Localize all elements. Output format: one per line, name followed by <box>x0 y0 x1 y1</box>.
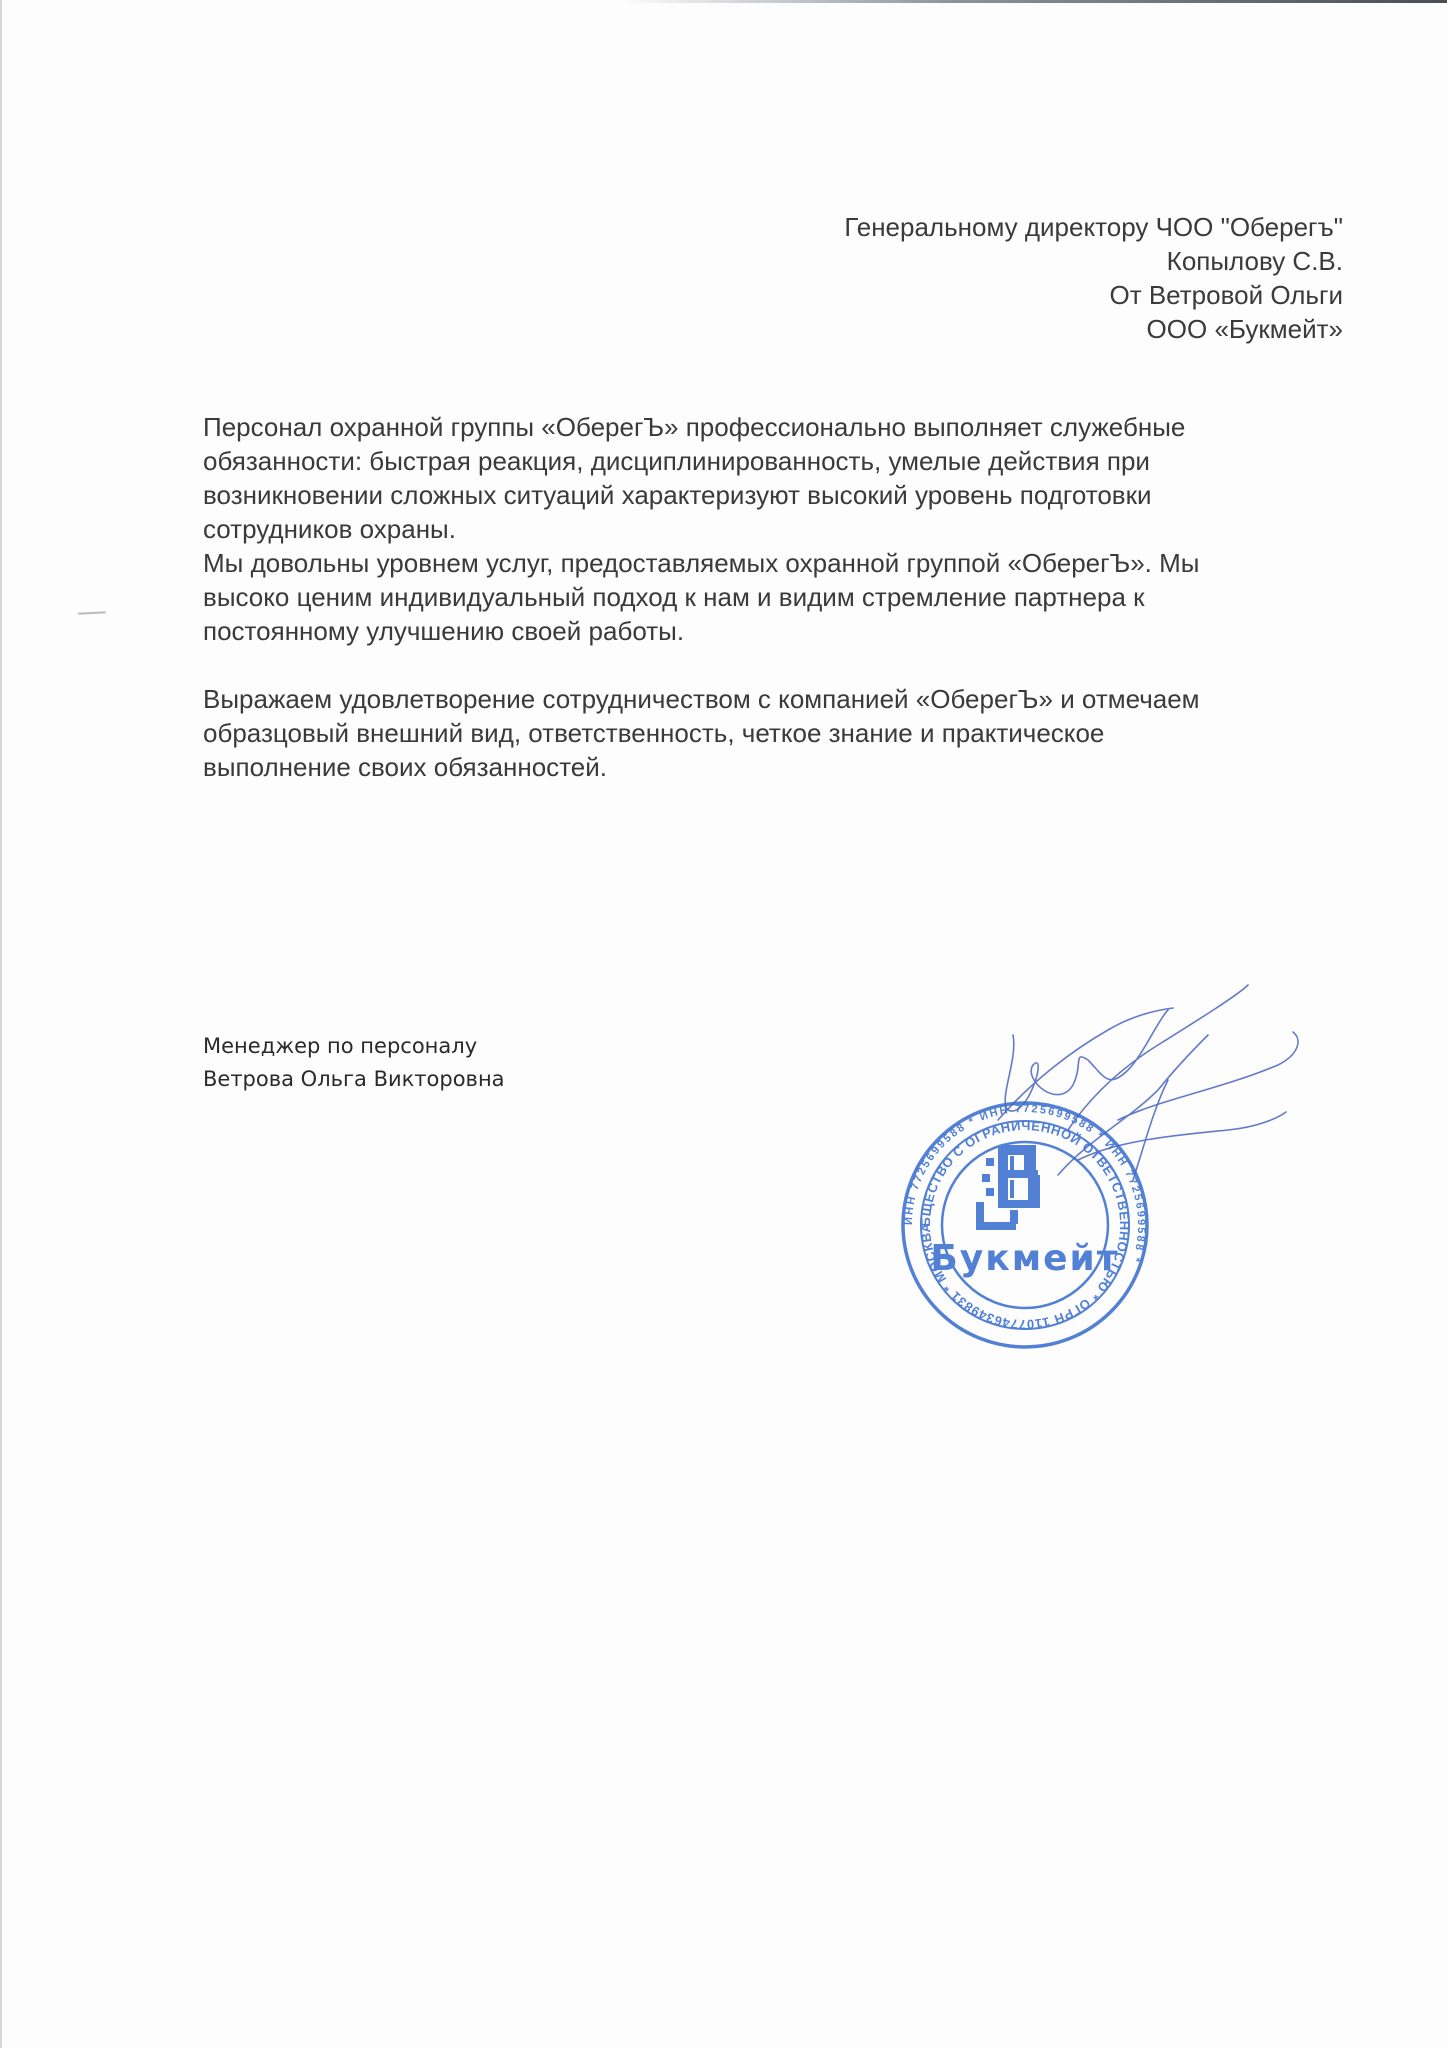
addressee-line: От Ветровой Ольги <box>844 278 1343 312</box>
signature-icon <box>998 985 1298 1180</box>
body-line: постоянному улучшению своей работы. <box>203 614 1353 648</box>
body-line: образцовый внешний вид, ответственность,… <box>203 716 1353 750</box>
stamp-icon: ИНН 7725699588 * ИНН 7725699588 * ИНН 77… <box>858 970 1318 1350</box>
addressee-line: Генеральному директору ЧОО "Оберегъ" <box>844 210 1343 244</box>
body-line: возникновении сложных ситуаций характери… <box>203 478 1353 512</box>
body-line: Персонал охранной группы «ОберегЪ» профе… <box>203 410 1353 444</box>
stamp-logo-text: Букмейт <box>930 1238 1119 1279</box>
paragraph-gap <box>203 648 1353 682</box>
addressee-line: ООО «Букмейт» <box>844 312 1343 346</box>
body-line: Мы довольны уровнем услуг, предоставляем… <box>203 546 1353 580</box>
scan-speck <box>78 611 106 614</box>
body-line: сотрудников охраны. <box>203 512 1353 546</box>
addressee-line: Копылову С.В. <box>844 244 1343 278</box>
signatory-name: Ветрова Ольга Викторовна <box>203 1063 505 1096</box>
company-stamp: ИНН 7725699588 * ИНН 7725699588 * ИНН 77… <box>858 970 1318 1350</box>
letter-body: Персонал охранной группы «ОберегЪ» профе… <box>203 410 1353 784</box>
addressee-block: Генеральному директору ЧОО "Оберегъ" Коп… <box>844 210 1343 346</box>
body-line: высоко ценим индивидуальный подход к нам… <box>203 580 1353 614</box>
scan-edge-left <box>0 0 2 2048</box>
signatory-position: Менеджер по персоналу <box>203 1030 505 1063</box>
body-line: обязанности: быстрая реакция, дисциплини… <box>203 444 1353 478</box>
body-line: выполнение своих обязанностей. <box>203 750 1353 784</box>
signatory-block: Менеджер по персоналу Ветрова Ольга Викт… <box>203 1030 505 1096</box>
scan-edge-top <box>620 0 1447 3</box>
bookmate-logo-icon <box>976 1145 1040 1230</box>
letter-page: Генеральному директору ЧОО "Оберегъ" Коп… <box>0 0 1447 2048</box>
body-line: Выражаем удовлетворение сотрудничеством … <box>203 682 1353 716</box>
